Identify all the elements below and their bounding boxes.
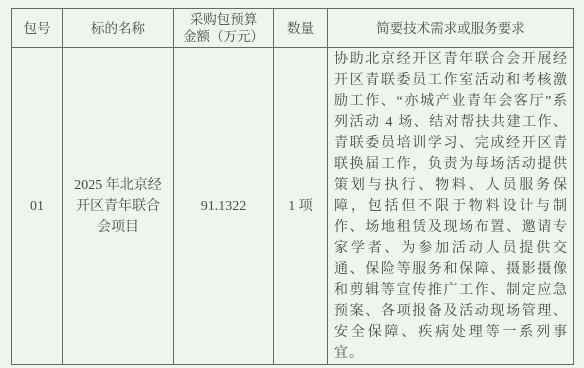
cell-budget-amount: 91.1322 <box>174 48 274 365</box>
table-row: 01 2025 年北京经开区青年联合会项目 91.1322 1 项 协助北京经开… <box>12 48 574 365</box>
procurement-package-table: 包号 标的名称 采购包预算 金额（万元） 数量 简要技术需求或服务要求 01 2… <box>11 8 574 365</box>
column-header-budget-amount: 采购包预算 金额（万元） <box>174 9 274 48</box>
cell-quantity: 1 项 <box>274 48 328 365</box>
column-header-subject-name: 标的名称 <box>63 9 174 48</box>
cell-requirements: 协助北京经开区青年联合会开展经开区青联委员工作室活动和考核激励工作、“亦城产业青… <box>328 48 574 365</box>
cell-subject-name: 2025 年北京经开区青年联合会项目 <box>63 48 174 365</box>
table-header-row: 包号 标的名称 采购包预算 金额（万元） 数量 简要技术需求或服务要求 <box>12 9 574 48</box>
document-page: 包号 标的名称 采购包预算 金额（万元） 数量 简要技术需求或服务要求 01 2… <box>0 0 584 368</box>
cell-package-no: 01 <box>12 48 63 365</box>
column-header-quantity: 数量 <box>274 9 328 48</box>
column-header-requirements: 简要技术需求或服务要求 <box>328 9 574 48</box>
column-header-package-no: 包号 <box>12 9 63 48</box>
